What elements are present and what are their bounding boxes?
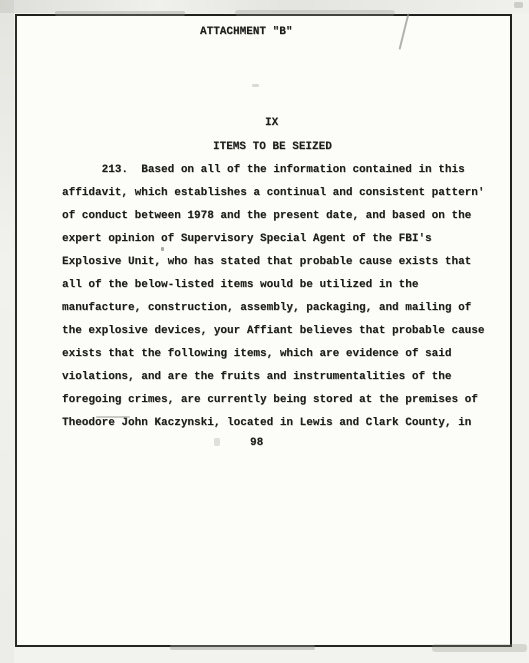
body-line: expert opinion of Supervisory Special Ag… <box>62 228 502 251</box>
body-line: manufacture, construction, assembly, pac… <box>62 297 502 320</box>
body-line: of conduct between 1978 and the present … <box>62 205 502 228</box>
body-line: all of the below-listed items would be u… <box>62 274 502 297</box>
section-number-heading: IX <box>265 117 278 129</box>
body-line: Theodore John Kaczynski, located in Lewi… <box>62 412 502 435</box>
body-line: 213. Based on all of the information con… <box>62 159 502 182</box>
scan-edge-wash-left <box>0 0 14 663</box>
corner-smudge-artifact <box>514 2 523 8</box>
attachment-header: ATTACHMENT "B" <box>200 26 292 38</box>
scan-edge-wash-top <box>0 0 529 13</box>
body-line: foregoing crimes, are currently being st… <box>62 389 502 412</box>
section-title-heading: ITEMS TO BE SEIZED <box>213 141 332 153</box>
scanned-document-page: ATTACHMENT "B" IX ITEMS TO BE SEIZED 213… <box>0 0 529 663</box>
body-line: violations, and are the fruits and instr… <box>62 366 502 389</box>
body-line: Explosive Unit, who has stated that prob… <box>62 251 502 274</box>
body-line: exists that the following items, which a… <box>62 343 502 366</box>
body-line: the explosive devices, your Affiant beli… <box>62 320 502 343</box>
page-number: 98 <box>250 437 263 449</box>
affidavit-paragraph-213: 213. Based on all of the information con… <box>62 159 502 435</box>
body-line: affidavit, which establishes a continual… <box>62 182 502 205</box>
